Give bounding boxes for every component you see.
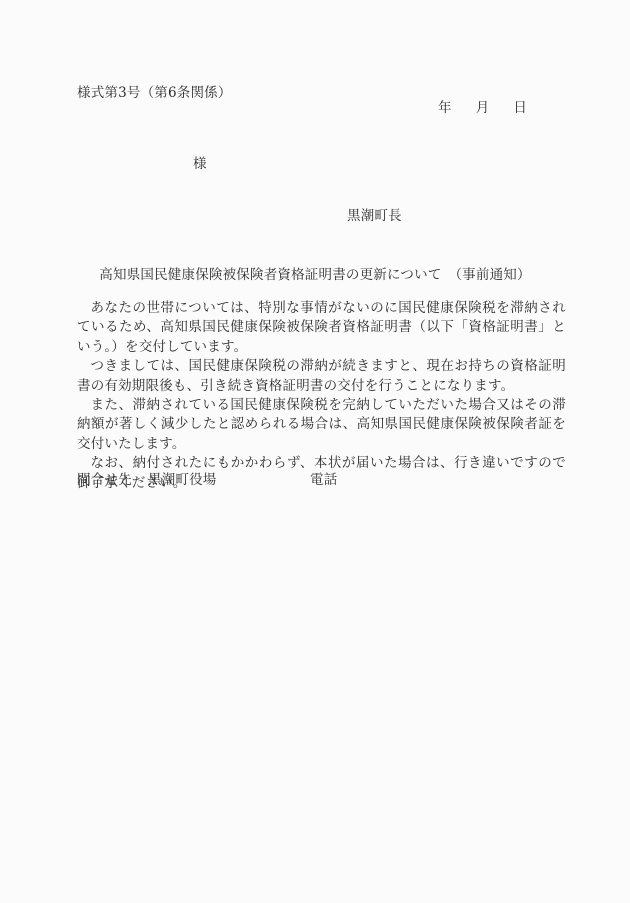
form-number: 様式第3号（第6条関係） — [77, 84, 232, 103]
sender-name: 黒潮町長 — [347, 207, 402, 226]
contact-line: 問合せ先 黒潮町役場 電話 — [0, 471, 630, 491]
body-paragraph-3: また、滞納されている国民健康保険税を完納していただいた場合又はその滞納額が著しく… — [77, 396, 566, 454]
body-paragraph-2: つきましては、国民健康保険税の滞納が続きますと、現在お持ちの資格証明書の有効期限… — [77, 357, 566, 396]
date-year-label: 年 — [438, 99, 452, 118]
document-title: 高知県国民健康保険被保険者資格証明書の更新について （事前通知） — [0, 266, 630, 285]
date-month-label: 月 — [476, 99, 490, 118]
phone-label: 電話 — [310, 471, 337, 490]
document-page: 様式第3号（第6条関係） 年 月 日 様 黒潮町長 高知県国民健康保険被保険者資… — [0, 0, 630, 903]
office-name: 黒潮町役場 — [148, 471, 217, 490]
body-text: あなたの世帯については、特別な事情がないのに国民健康保険税を滞納されているため、… — [77, 299, 566, 493]
body-paragraph-1: あなたの世帯については、特別な事情がないのに国民健康保険税を滞納されているため、… — [77, 299, 566, 357]
addressee-honorific: 様 — [193, 155, 207, 174]
date-day-label: 日 — [513, 99, 527, 118]
contact-label: 問合せ先 — [77, 471, 132, 490]
date-line: 年 月 日 — [438, 99, 527, 118]
